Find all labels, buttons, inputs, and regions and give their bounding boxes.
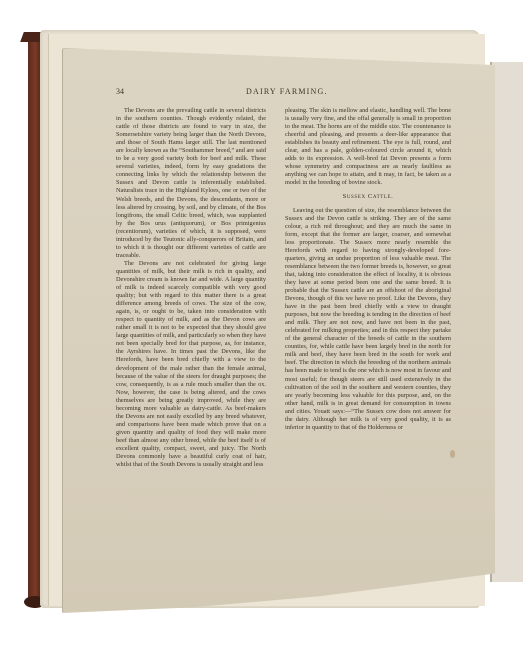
right-column: pleasing. The skin is mellow and elastic…: [285, 107, 451, 432]
left-column: The Devons are the prevailing cattle in …: [116, 107, 266, 469]
running-head-title: DAIRY FARMING.: [246, 87, 328, 96]
paragraph: The Devons are the prevailing cattle in …: [116, 107, 266, 260]
paragraph: The Devons are not celebrated for giving…: [116, 260, 266, 469]
page-number: 34: [116, 87, 124, 96]
book-page: 34 DAIRY FARMING. The Devons are the pre…: [62, 48, 495, 613]
paragraph: Leaving out the question of size, the re…: [285, 207, 451, 432]
paragraph-continued: pleasing. The skin is mellow and elastic…: [285, 107, 451, 187]
section-heading: Sussex Cattle.: [285, 193, 451, 201]
page-stain: [450, 450, 455, 458]
running-head: 34 DAIRY FARMING.: [63, 87, 495, 101]
